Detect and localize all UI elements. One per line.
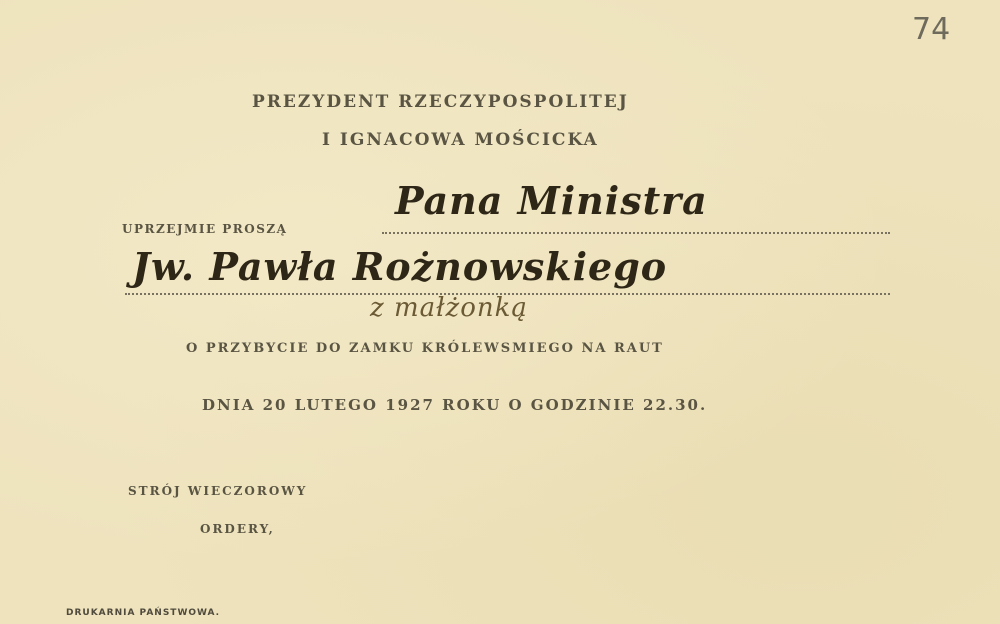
handwritten-title: Pana Ministra — [395, 178, 708, 223]
date-line: DNIA 20 LUTEGO 1927 ROKU O GODZINIE 22.3… — [202, 396, 707, 414]
request-label: UPRZEJMIE PROSZĄ — [122, 222, 287, 236]
event-line: O PRZYBYCIE DO ZAMKU KRÓLEWSMIEGO NA RAU… — [186, 341, 664, 356]
header-line-2: I IGNACOWA MOŚCICKA — [322, 130, 599, 150]
header-line-1: PREZYDENT RZECZYPOSPOLITEJ — [252, 92, 629, 112]
dress-code-line-1: STRÓJ WIECZOROWY — [128, 484, 307, 498]
handwritten-spouse: z małżonką — [370, 293, 528, 323]
printer-imprint: DRUKARNIA PAŃSTWOWA. — [66, 608, 220, 618]
dress-code-line-2: ORDERY, — [200, 522, 275, 536]
invitation-card: 74 PREZYDENT RZECZYPOSPOLITEJ I IGNACOWA… — [0, 0, 1000, 624]
fill-line-1 — [382, 232, 890, 234]
handwritten-name: Jw. Pawła Rożnowskiego — [132, 244, 667, 289]
page-number: 74 — [912, 12, 950, 47]
